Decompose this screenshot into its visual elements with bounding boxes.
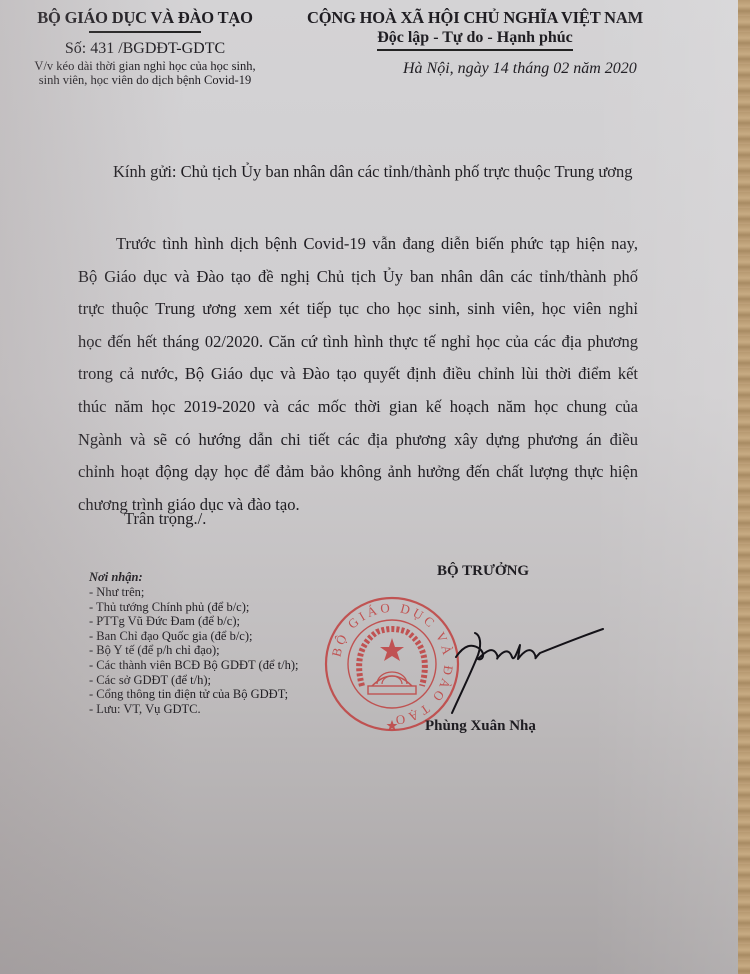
subject-line: sinh viên, học viên do dịch bệnh Covid-1… — [20, 73, 270, 87]
document-subject: V/v kéo dài thời gian nghỉ học của học s… — [20, 59, 270, 87]
motto-underline — [377, 49, 573, 51]
body-line: thúc năm học 2019-2020 và các mốc thời g… — [78, 391, 638, 424]
recipient-item: - PTTg Vũ Đức Đam (để b/c); — [89, 614, 298, 629]
addressee-line: Kính gửi: Chủ tịch Ủy ban nhân dân các t… — [113, 162, 633, 182]
recipient-item: - Bộ Y tế (để p/h chỉ đạo); — [89, 643, 298, 658]
national-motto: Độc lập - Tự do - Hạnh phúc — [300, 29, 650, 47]
recipient-item: - Ban Chỉ đạo Quốc gia (để b/c); — [89, 629, 298, 644]
place-and-date: Hà Nội, ngày 14 tháng 02 năm 2020 — [403, 60, 637, 78]
recipient-item: - Các sở GDĐT (để t/h); — [89, 673, 298, 688]
national-header: CỘNG HOÀ XÃ HỘI CHỦ NGHĨA VIỆT NAM Độc l… — [300, 8, 650, 51]
recipients-title: Nơi nhận: — [89, 570, 143, 585]
recipient-item: - Cổng thông tin điện tử của Bộ GDĐT; — [89, 687, 298, 702]
recipient-item: - Như trên; — [89, 585, 298, 600]
recipients-list: - Như trên; - Thủ tướng Chính phủ (để b/… — [89, 585, 298, 716]
body-line: Trước tình hình dịch bệnh Covid-19 vẫn đ… — [78, 228, 638, 261]
document-number: Số: 431 /BGDĐT-GDTC — [20, 40, 270, 58]
recipient-item: - Lưu: VT, Vụ GDTC. — [89, 702, 298, 717]
body-line: trực thuộc Trung ương xem xét tiếp tục c… — [78, 293, 638, 326]
body-line: Bộ Giáo dục và Đào tạo đề nghị Chủ tịch … — [78, 261, 638, 294]
recipient-item: - Các thành viên BCĐ Bộ GDĐT (để t/h); — [89, 658, 298, 673]
signer-title: BỘ TRƯỞNG — [437, 563, 529, 580]
handwritten-signature — [420, 615, 605, 725]
nation-name: CỘNG HOÀ XÃ HỘI CHỦ NGHĨA VIỆT NAM — [300, 8, 650, 28]
ministry-underline — [89, 31, 201, 33]
official-letter-page: BỘ GIÁO DỤC VÀ ĐÀO TẠO Số: 431 /BGDĐT-GD… — [0, 0, 738, 974]
letter-body: Trước tình hình dịch bệnh Covid-19 vẫn đ… — [78, 228, 638, 521]
body-line: Ngành và sẽ có hướng dẫn chi tiết các đị… — [78, 424, 638, 457]
body-line: học đến hết tháng 02/2020. Căn cứ tình h… — [78, 326, 638, 359]
closing-regards: Trân trọng./. — [124, 509, 206, 529]
ministry-name: BỘ GIÁO DỤC VÀ ĐÀO TẠO — [20, 8, 270, 28]
body-line: trong cả nước, Bộ Giáo dục và Đào tạo qu… — [78, 358, 638, 391]
issuer-header: BỘ GIÁO DỤC VÀ ĐÀO TẠO Số: 431 /BGDĐT-GD… — [20, 8, 270, 87]
signer-name: Phùng Xuân Nhạ — [425, 718, 536, 735]
subject-line: V/v kéo dài thời gian nghỉ học của học s… — [20, 59, 270, 73]
body-line: chỉnh hoạt động dạy học để đảm bảo không… — [78, 456, 638, 489]
wooden-desk-edge — [736, 0, 750, 974]
recipient-item: - Thủ tướng Chính phủ (để b/c); — [89, 600, 298, 615]
